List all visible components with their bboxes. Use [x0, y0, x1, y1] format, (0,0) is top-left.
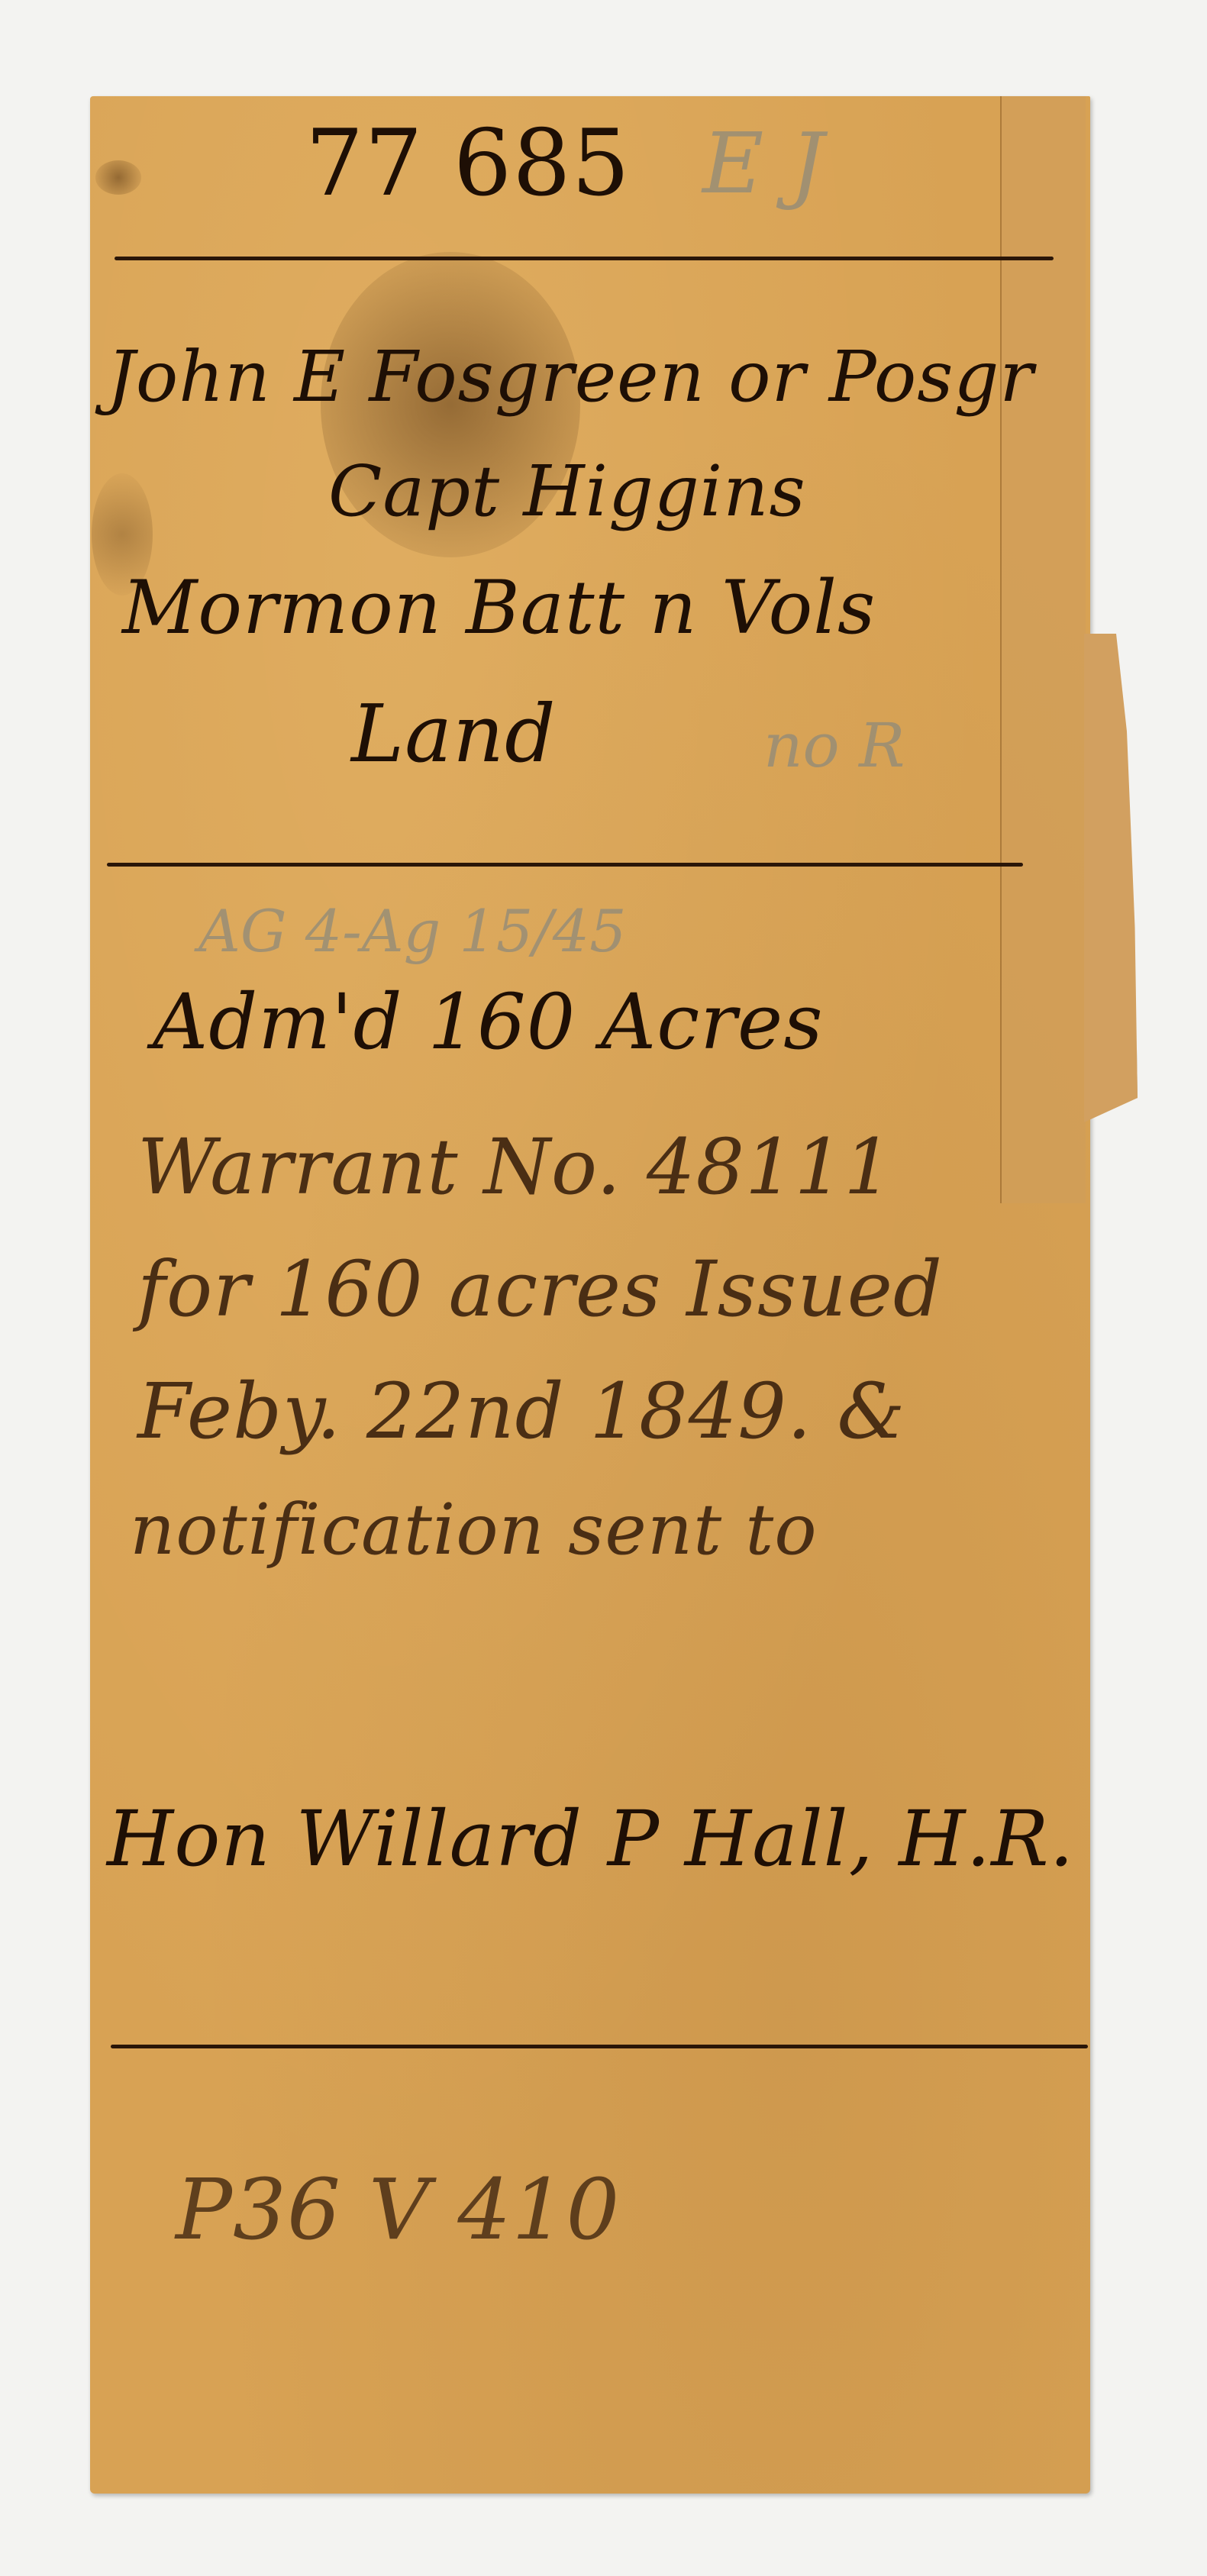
torn-flap-edge — [1000, 96, 1086, 1203]
recipient-name: Hon Willard P Hall, H.R. — [107, 1794, 1074, 1884]
claimant-name: John E Fosgreen or Posgr — [107, 336, 1034, 418]
note-line-2: Warrant No. 48111 — [137, 1122, 893, 1212]
bottom-annotation: P36 V 410 — [176, 2161, 620, 2258]
paper-tab — [1084, 634, 1138, 1122]
company-name: Capt Higgins — [328, 450, 806, 532]
file-number: 77 685 — [305, 111, 631, 217]
divider-middle — [107, 863, 1023, 867]
note-line-4: Feby. 22nd 1849. & — [137, 1367, 905, 1456]
unit-name: Mormon Batt n Vols — [122, 565, 876, 650]
divider-top — [115, 257, 1054, 260]
corner-mark — [95, 160, 141, 195]
claim-type: Land — [351, 687, 557, 780]
divider-bottom — [111, 2045, 1088, 2048]
pencil-annotation-middle: AG 4-Ag 15/45 — [198, 897, 627, 965]
pencil-annotation-top: E J — [702, 115, 824, 212]
note-line-3: for 160 acres Issued — [137, 1244, 943, 1334]
note-line-5: notification sent to — [130, 1489, 818, 1570]
note-line-1: Adm'd 160 Acres — [153, 977, 824, 1067]
pencil-annotation-land: no R — [763, 710, 905, 781]
